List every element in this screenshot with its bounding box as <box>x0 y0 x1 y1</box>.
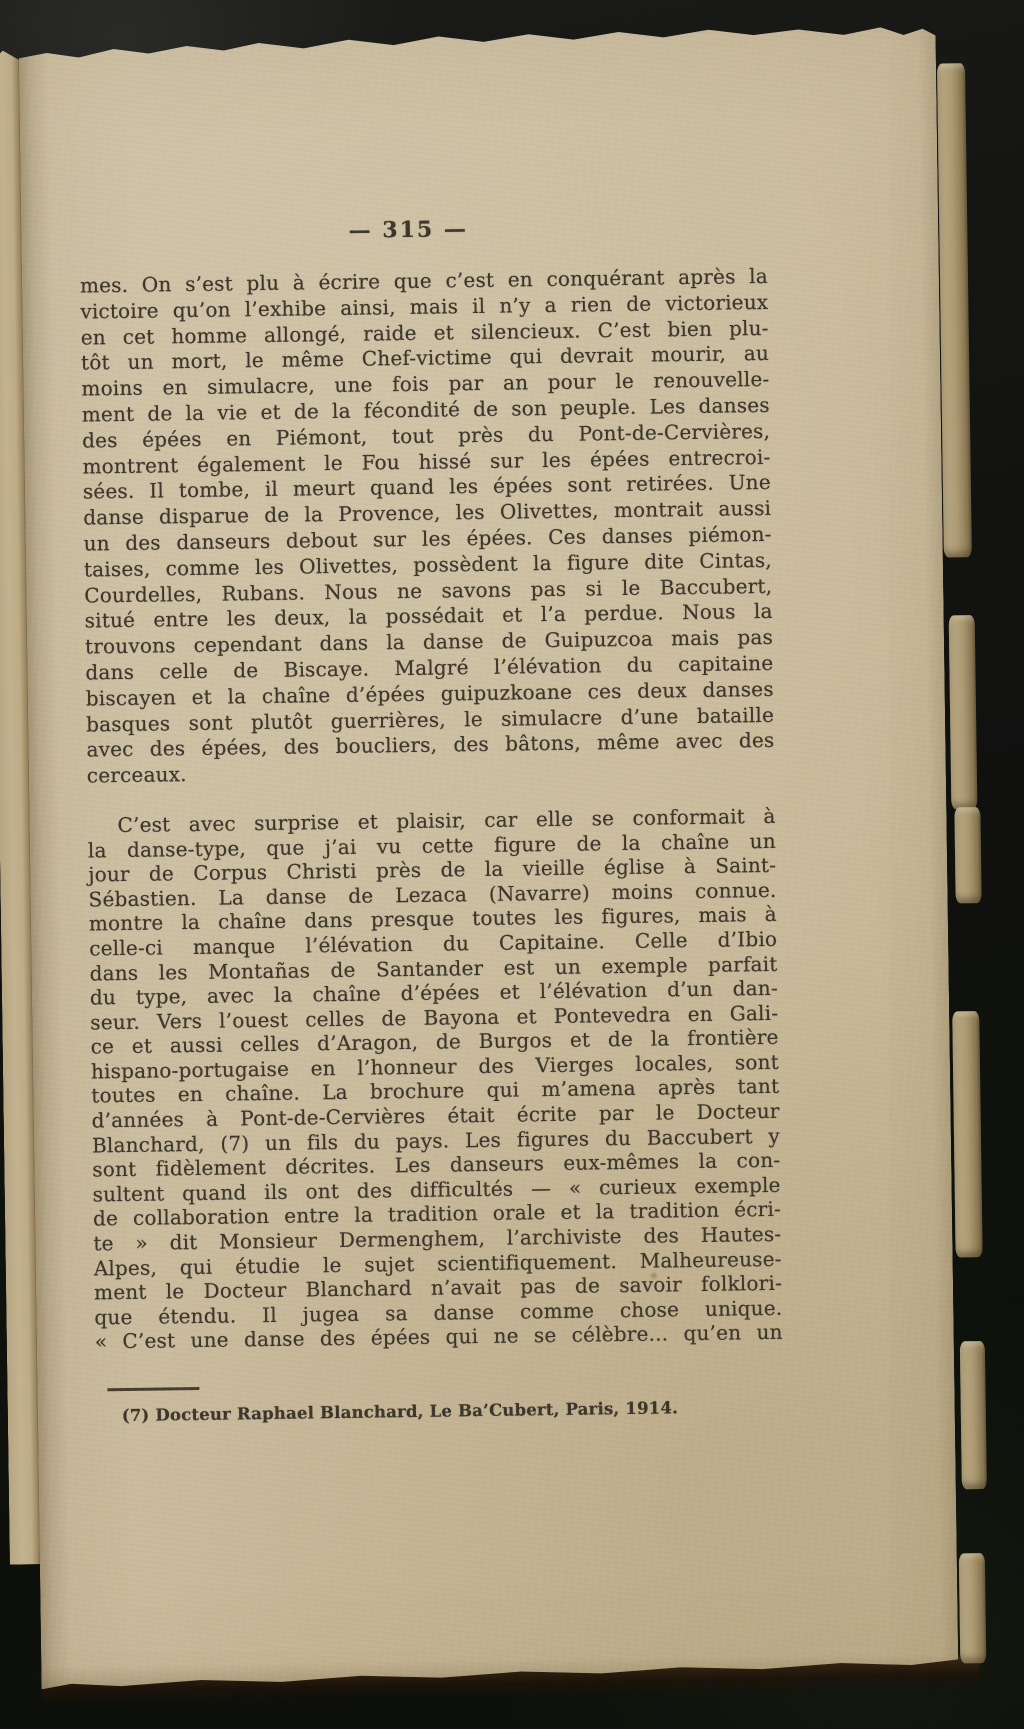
fore-edge-pages <box>937 63 972 557</box>
fore-edge-pages <box>959 1553 987 1663</box>
book-scan: — 315 — mes. On s’est plu à écrire que c… <box>0 9 1006 1718</box>
page-text: — 315 — mes. On s’est plu à écrire que c… <box>79 212 784 1426</box>
footnote-rule <box>107 1387 199 1391</box>
fore-edge-pages <box>949 615 978 809</box>
footnote: (7) Docteur Raphael Blanchard, Le Ba’Cub… <box>122 1396 784 1426</box>
fore-edge-pages <box>960 1341 987 1489</box>
paragraph: mes. On s’est plu à écrire que c’est en … <box>80 264 775 789</box>
page-number: — 315 — <box>79 212 737 247</box>
fore-edge-pages <box>954 807 981 903</box>
photo-background: — 315 — mes. On s’est plu à écrire que c… <box>0 0 1024 1729</box>
fore-edge-pages <box>952 1011 982 1257</box>
paragraph: C’est avec surprise et plaisir, car elle… <box>87 804 782 1355</box>
book-page: — 315 — mes. On s’est plu à écrire que c… <box>18 10 958 1693</box>
